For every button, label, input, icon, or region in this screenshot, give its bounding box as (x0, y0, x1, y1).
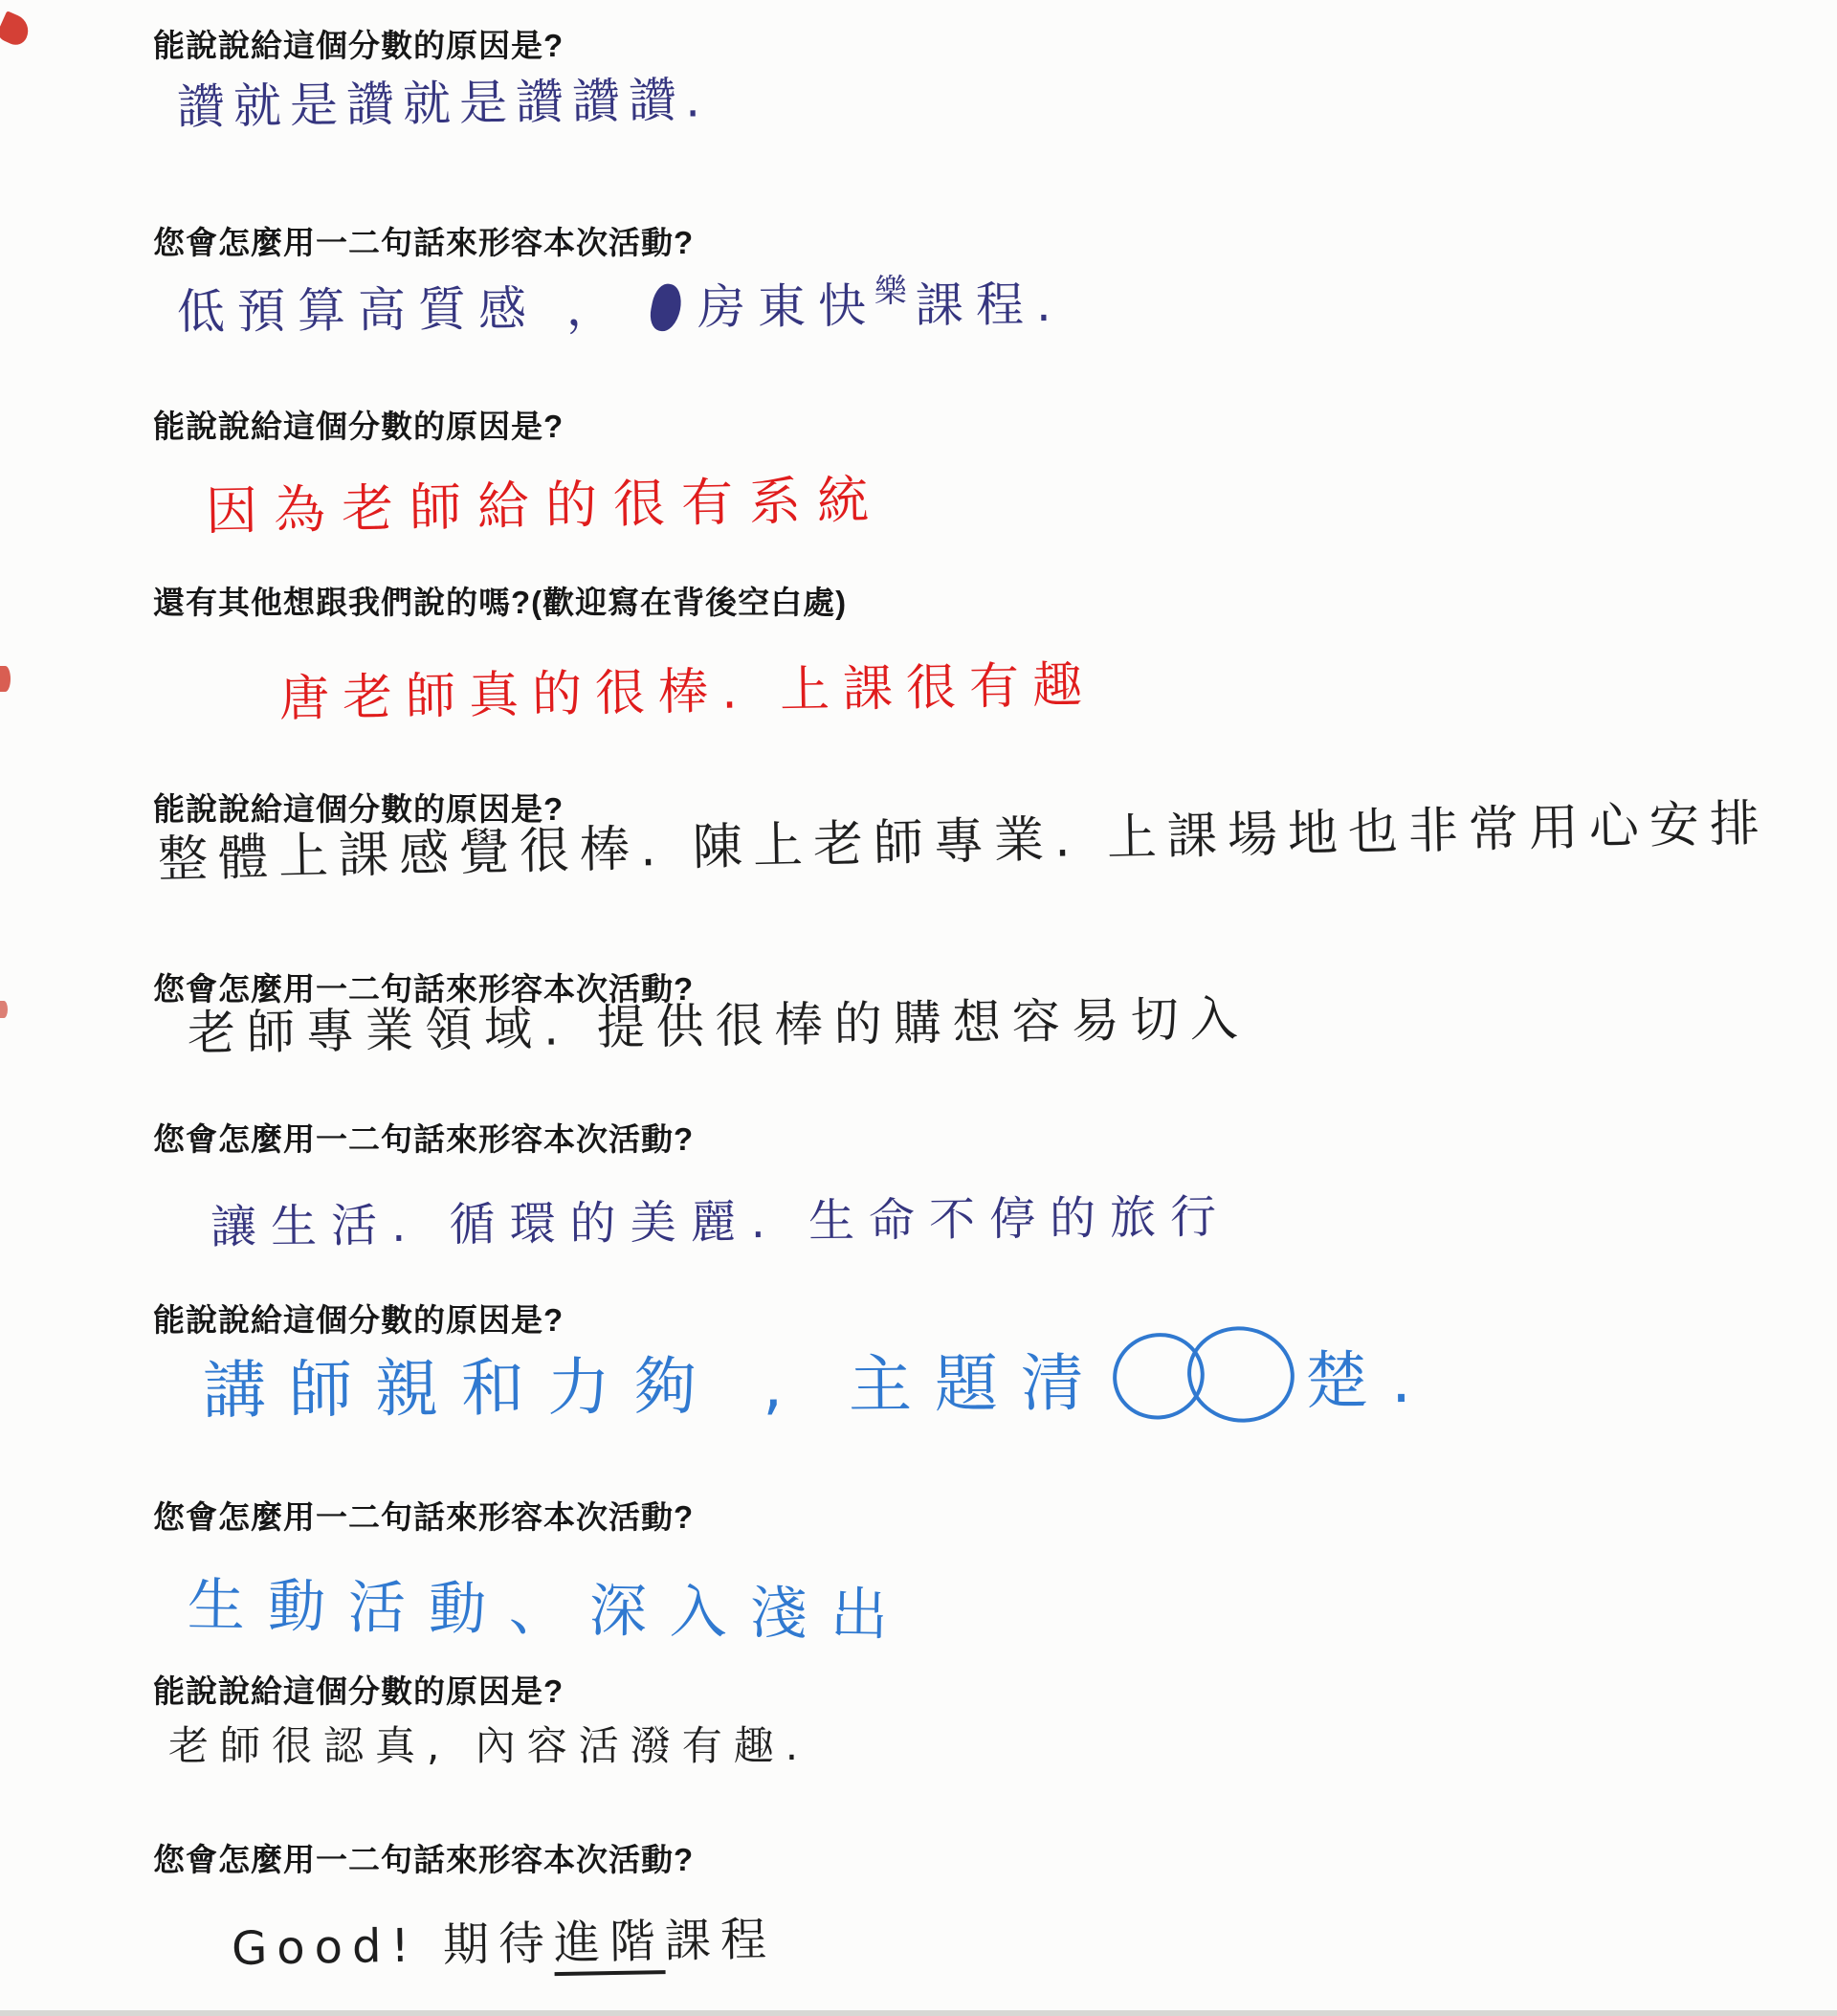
question-text: 還有其他想跟我們說的嗎?(歡迎寫在背後空白處) (153, 578, 847, 623)
handwritten-answer: 講師親和力夠 , 主題清楚. (203, 1327, 1435, 1430)
scan-artifact-red-mark (0, 666, 11, 692)
question-text: 能說說給這個分數的原因是? (153, 21, 564, 66)
handwritten-text: 課程 (664, 1913, 776, 1968)
question-text: 您會怎麼用一二句話來形容本次活動? (153, 1493, 694, 1538)
question-text: 能說說給這個分數的原因是? (153, 1667, 564, 1712)
underlined-handwritten-text: 進階 (553, 1915, 665, 1976)
handwritten-text: 低預算高質感 ， (177, 280, 627, 340)
question-text: 能說說給這個分數的原因是? (153, 1296, 564, 1340)
handwritten-text: 講師親和力夠 , 主題清 (203, 1346, 1108, 1428)
scan-edge-shadow (0, 2010, 1837, 2016)
question-text: 能說說給這個分數的原因是? (153, 402, 564, 447)
scribbled-out-characters (1112, 1328, 1299, 1422)
handwritten-answer: 因為老師給的很有系統 (205, 459, 885, 544)
ink-blot-scribble (647, 281, 684, 334)
scan-artifact-red-mark (0, 1001, 8, 1018)
handwritten-answer: 生動活動、深入淺出 (187, 1560, 911, 1652)
scanned-survey-page: 能說說給這個分數的原因是? 讚就是讚就是讚讚讚. 您會怎麼用一二句話來形容本次活… (0, 0, 1837, 2016)
handwritten-answer: 低預算高質感 ，房東快樂課程. (177, 266, 1064, 343)
handwritten-text: Good! 期待 (232, 1916, 555, 1976)
question-text: 您會怎麼用一二句話來形容本次活動? (153, 1835, 694, 1880)
handwritten-answer: Good! 期待進階課程 (231, 1902, 776, 1978)
handwritten-answer: 老師專業領域. 提供很棒的購想容易切入 (187, 981, 1250, 1064)
inserted-character: 樂 (874, 264, 919, 311)
question-text: 您會怎麼用一二句話來形容本次活動? (153, 1115, 694, 1160)
question-text: 您會怎麼用一二句話來形容本次活動? (153, 218, 694, 263)
handwritten-text: 課程. (916, 277, 1064, 333)
scan-artifact-red-mark (0, 11, 33, 49)
handwritten-answer: 讓生活. 循環的美麗. 生命不停的旅行 (210, 1180, 1231, 1256)
handwritten-text: 房東快 (697, 278, 878, 336)
handwritten-answer: 老師很認真, 內容活潑有趣. (168, 1715, 809, 1772)
handwritten-answer: 讚就是讚就是讚讚讚. (176, 61, 709, 138)
handwritten-answer: 唐老師真的很棒. 上課很有趣 (278, 644, 1096, 730)
handwritten-text: 楚. (1305, 1343, 1435, 1418)
